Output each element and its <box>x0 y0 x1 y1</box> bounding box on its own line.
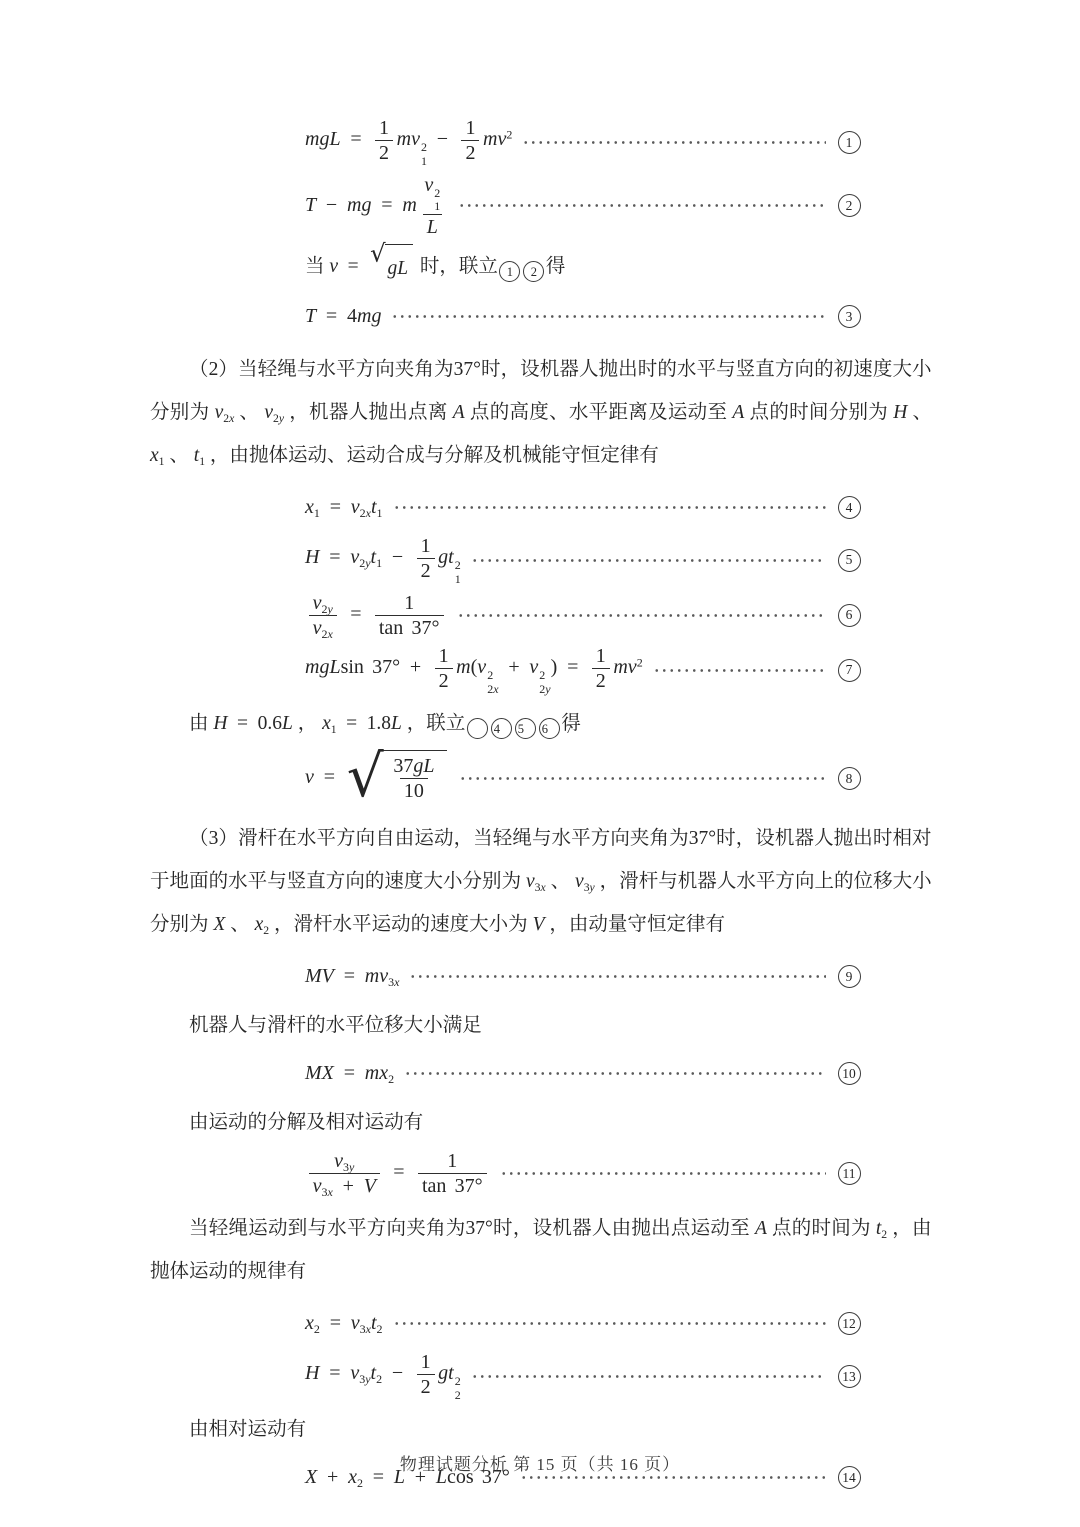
paragraph: 当轻绳运动到与水平方向夹角为37°时，设机器人由抛出点运动至 A 点的时间为 t… <box>150 1207 932 1293</box>
equation-number-1: 1 <box>838 131 861 154</box>
equation-line-13: H = v3yt2 − 12gt2213 <box>305 1350 862 1403</box>
document-body: mgL = 12mv21 − 12mv21T − mg = mv21L2当 v … <box>0 0 1080 1500</box>
dot-leader <box>459 777 826 780</box>
fraction: v21L <box>420 173 444 240</box>
equation-number-13: 13 <box>838 1365 861 1388</box>
equation-line-7: mgLsin 37° + 12m(v22x + v22y) = 12mv27 <box>305 644 862 697</box>
equation-line-11: v3yv3x + V = 1tan 37°11 <box>305 1149 862 1198</box>
equation-number-9: 9 <box>838 965 861 988</box>
formula: T = 4mg <box>305 305 381 328</box>
fraction: 12 <box>417 534 435 583</box>
equation-number-11: 11 <box>838 1162 861 1185</box>
dot-leader <box>404 1072 826 1075</box>
page-footer: 物理试题分析 第 15 页（共 16 页） <box>0 1450 1080 1475</box>
formula-content: 当 v = √gL 时，联立12得 <box>305 256 565 277</box>
fraction: 12 <box>435 644 453 693</box>
equation-line-10: MX = mx210 <box>305 1052 862 1096</box>
circled-number: 7 <box>539 718 560 739</box>
formula: mgL = 12mv21 − 12mv2 <box>305 116 512 169</box>
square-root: √37gL10 <box>347 750 447 808</box>
equation-line-8: v = √37gL108 <box>305 750 862 808</box>
equation-number-5: 5 <box>838 549 861 572</box>
dot-leader <box>471 1375 826 1378</box>
radical-icon: √ <box>347 747 384 805</box>
equation-number-12: 12 <box>838 1312 861 1335</box>
formula-content: x2 = v3xt2 <box>305 1312 383 1334</box>
formula: H = v3yt2 − 12gt22 <box>305 1350 461 1403</box>
circled-number: 1 <box>499 261 520 282</box>
formula-content: mgLsin 37° + 12m(v22x + v22y) = 12mv2 <box>305 656 643 678</box>
dot-leader <box>522 141 826 144</box>
formula-content: MX = mx2 <box>305 1062 394 1084</box>
equation-number-10: 10 <box>838 1062 861 1085</box>
paragraph: （3）滑杆在水平方向自由运动，当轻绳与水平方向夹角为37°时，设机器人抛出时相对… <box>150 817 932 946</box>
dot-leader <box>500 1172 826 1175</box>
paragraph: （2）当轻绳与水平方向夹角为37°时，设机器人抛出时的水平与竖直方向的初速度大小… <box>150 348 932 477</box>
formula-content: 机器人与滑杆的水平位移大小满足 <box>189 1015 482 1036</box>
radical-icon: √ <box>370 242 386 266</box>
formula-content: 由 H = 0.6L ， x1 = 1.8L ，联立4567得 <box>189 713 581 734</box>
fraction: 1tan 37° <box>375 591 444 640</box>
equation-line-4: x1 = v2xt14 <box>305 486 862 530</box>
equation-number-6: 6 <box>838 604 861 627</box>
formula-content: H = v3yt2 − 12gt22 <box>305 1362 461 1384</box>
formula: v2yv2x = 1tan 37° <box>305 591 447 640</box>
dot-leader <box>457 614 826 617</box>
equation-number-8: 8 <box>838 767 861 790</box>
statement-line: 当 v = √gL 时，联立12得 <box>305 244 932 290</box>
equation-line-2: T − mg = mv21L2 <box>305 173 862 240</box>
formula: v = √37gL10 <box>305 750 449 808</box>
formula: v3yv3x + V = 1tan 37° <box>305 1149 490 1198</box>
formula-content: v = √37gL10 <box>305 766 449 788</box>
fraction: 37gL10 <box>389 754 438 803</box>
fraction: 12 <box>592 644 610 693</box>
formula: x2 = v3xt2 <box>305 1312 383 1335</box>
formula-content: T = 4mg <box>305 305 381 327</box>
fraction: v3yv3x + V <box>309 1149 380 1198</box>
formula: H = v2yt1 − 12gt21 <box>305 534 461 587</box>
fraction: 1tan 37° <box>418 1149 487 1198</box>
equation-line-12: x2 = v3xt212 <box>305 1302 862 1346</box>
square-root: √gL <box>370 244 413 290</box>
formula: mgLsin 37° + 12m(v22x + v22y) = 12mv2 <box>305 644 643 697</box>
fraction: v2yv2x <box>309 591 337 640</box>
circled-number: 2 <box>523 261 544 282</box>
fraction: 12 <box>375 116 393 165</box>
document-page: mgL = 12mv21 − 12mv21T − mg = mv21L2当 v … <box>0 0 1080 1527</box>
statement-line: 由相对运动有 <box>150 1408 932 1451</box>
formula: MV = mv3x <box>305 965 399 988</box>
formula: x1 = v2xt1 <box>305 496 383 519</box>
equation-number-2: 2 <box>838 194 861 217</box>
formula-content: 由相对运动有 <box>189 1419 306 1440</box>
formula-content: x1 = v2xt1 <box>305 496 383 518</box>
dot-leader <box>653 669 826 672</box>
equation-line-6: v2yv2x = 1tan 37°6 <box>305 591 862 640</box>
dot-leader <box>520 1476 826 1479</box>
formula-content: 由运动的分解及相对运动有 <box>189 1112 423 1133</box>
dot-leader <box>458 204 826 207</box>
dot-leader <box>393 1322 826 1325</box>
dot-leader <box>471 559 826 562</box>
equation-number-7: 7 <box>838 659 861 682</box>
equation-line-1: mgL = 12mv21 − 12mv21 <box>305 116 862 169</box>
equation-line-3: T = 4mg3 <box>305 295 862 339</box>
formula-content: v3yv3x + V = 1tan 37° <box>305 1161 490 1183</box>
dot-leader <box>391 315 826 318</box>
equation-line-5: H = v2yt1 − 12gt215 <box>305 534 862 587</box>
formula: T − mg = mv21L <box>305 173 448 240</box>
equation-number-3: 3 <box>838 305 861 328</box>
statement-line: 由 H = 0.6L ， x1 = 1.8L ，联立4567得 <box>150 702 932 745</box>
formula-content: v2yv2x = 1tan 37° <box>305 603 447 625</box>
formula-content: （2）当轻绳与水平方向夹角为37°时，设机器人抛出时的水平与竖直方向的初速度大小… <box>150 359 932 466</box>
formula-content: MV = mv3x <box>305 965 399 987</box>
statement-line: 机器人与滑杆的水平位移大小满足 <box>150 1004 932 1047</box>
footer-text: 物理试题分析 第 15 页（共 16 页） <box>400 1455 680 1474</box>
equation-line-9: MV = mv3x9 <box>305 955 862 999</box>
dot-leader <box>393 506 826 509</box>
fraction: 12 <box>461 116 479 165</box>
fraction: 12 <box>417 1350 435 1399</box>
formula-content: 当轻绳运动到与水平方向夹角为37°时，设机器人由抛出点运动至 A 点的时间为 t… <box>150 1218 932 1282</box>
formula-content: H = v2yt1 − 12gt21 <box>305 546 461 568</box>
formula-content: mgL = 12mv21 − 12mv2 <box>305 128 512 150</box>
formula-content: （3）滑杆在水平方向自由运动，当轻绳与水平方向夹角为37°时，设机器人抛出时相对… <box>150 828 932 935</box>
dot-leader <box>409 975 826 978</box>
formula-content: T − mg = mv21L <box>305 194 448 216</box>
equation-number-4: 4 <box>838 496 861 519</box>
formula: MX = mx2 <box>305 1062 394 1085</box>
statement-line: 由运动的分解及相对运动有 <box>150 1101 932 1144</box>
